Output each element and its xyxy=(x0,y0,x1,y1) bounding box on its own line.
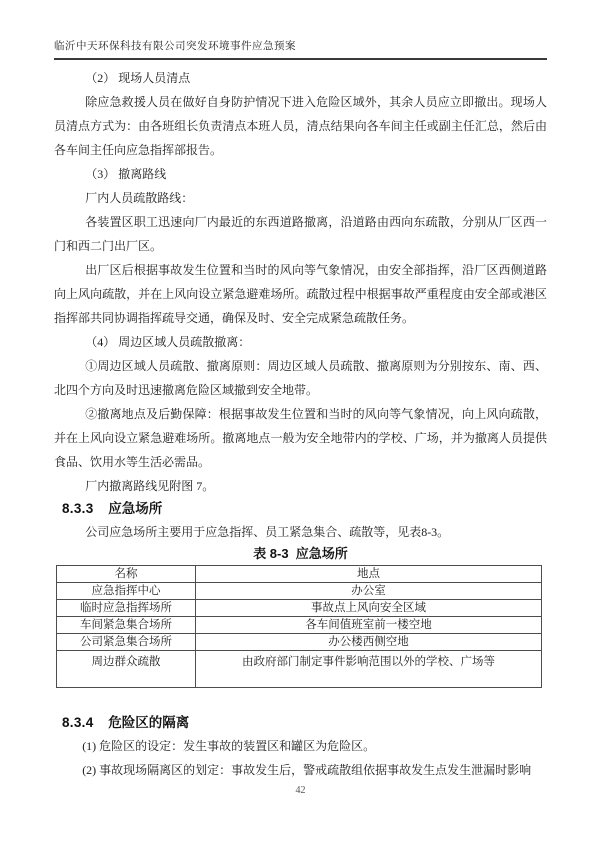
page-header: 临沂中天环保科技有限公司突发环境事件应急预案 xyxy=(54,40,547,60)
table-cell-name: 公司紧急集合场所 xyxy=(57,634,196,651)
table-row: 车间紧急集合场所 各车间值班室前一楼空地 xyxy=(57,617,542,634)
table-header-name: 名称 xyxy=(57,566,196,583)
section-number-834: 8.3.4 xyxy=(62,715,94,730)
para-evacuation-logistics: ②撤离地点及后勤保障：根据事故发生位置和当时的风向等气象情况，向上风向疏散，并在… xyxy=(54,402,547,474)
para-evacuation-route-heading: （3） 撤离路线 xyxy=(54,162,547,186)
para-emergency-sites-intro: 公司应急场所主要用于应急指挥、员工紧急集合、疏散等，见表8-3。 xyxy=(54,520,547,544)
page-number: 42 xyxy=(54,784,547,797)
document-page: 临沂中天环保科技有限公司突发环境事件应急预案 （2） 现场人员清点 除应急救援人… xyxy=(0,0,600,848)
table-row: 公司紧急集合场所 办公楼西侧空地 xyxy=(57,634,542,651)
table-cell-name: 临时应急指挥场所 xyxy=(57,600,196,617)
section-title-834: 危险区的隔离 xyxy=(108,715,189,730)
section-heading-834: 8.3.4 危险区的隔离 xyxy=(62,712,547,734)
table-header-location: 地点 xyxy=(196,566,542,583)
table-header-row: 名称 地点 xyxy=(57,566,542,583)
table-cell-name: 周边群众疏散 xyxy=(57,651,196,688)
para-surrounding-area-heading: （4） 周边区域人员疏散撤离： xyxy=(54,330,547,354)
table-row: 临时应急指挥场所 事故点上风向安全区域 xyxy=(57,600,542,617)
table-cell-location: 办公室 xyxy=(196,583,542,600)
para-site-personnel-count: 除应急救援人员在做好自身防护情况下进入危险区域外，其余人员应立即撤出。现场人员清… xyxy=(54,90,547,162)
section-heading-833: 8.3.3 应急场所 xyxy=(62,498,547,520)
para-evacuation-principle: ①周边区域人员疏散、撤离原则：周边区域人员疏散、撤离原则为分别按东、南、西、北四… xyxy=(54,354,547,402)
table-cell-location: 办公楼西侧空地 xyxy=(196,634,542,651)
para-danger-zone-definition: (1) 危险区的设定：发生事故的装置区和罐区为危险区。 xyxy=(54,734,547,758)
section-title-833: 应急场所 xyxy=(108,501,162,516)
para-plant-evacuation-route: 各装置区职工迅速向厂内最近的东西道路撤离，沿道路由西向东疏散，分别从厂区西一门和… xyxy=(54,210,547,258)
emergency-sites-table: 名称 地点 应急指挥中心 办公室 临时应急指挥场所 事故点上风向安全区域 车间紧… xyxy=(56,565,542,688)
table-cell-location: 各车间值班室前一楼空地 xyxy=(196,617,542,634)
table-cell-name: 车间紧急集合场所 xyxy=(57,617,196,634)
body-text: （2） 现场人员清点 除应急救援人员在做好自身防护情况下进入危险区域外，其余人员… xyxy=(54,66,547,498)
para-isolation-zone-delimitation: (2) 事故现场隔离区的划定：事故发生后，警戒疏散组依据事故发生点发生泄漏时影响 xyxy=(54,758,547,782)
table-cell-name: 应急指挥中心 xyxy=(57,583,196,600)
para-site-personnel-count-heading: （2） 现场人员清点 xyxy=(54,66,547,90)
table-row: 应急指挥中心 办公室 xyxy=(57,583,542,600)
para-evacuation-route-figure-ref: 厂内撤离路线见附图 7。 xyxy=(54,474,547,498)
table-row: 周边群众疏散 由政府部门制定事件影响范围以外的学校、广场等 xyxy=(57,651,542,688)
header-title: 临沂中天环保科技有限公司突发环境事件应急预案 xyxy=(54,41,296,52)
table-cell-location: 事故点上风向安全区域 xyxy=(196,600,542,617)
para-outside-plant-evacuation: 出厂区后根据事故发生位置和当时的风向等气象情况，由安全部指挥，沿厂区西侧道路向上… xyxy=(54,258,547,330)
para-plant-evacuation-route-label: 厂内人员疏散路线： xyxy=(54,186,547,210)
table-cell-location: 由政府部门制定事件影响范围以外的学校、广场等 xyxy=(196,651,542,688)
table-caption: 表 8-3 应急场所 xyxy=(54,546,547,562)
section-number-833: 8.3.3 xyxy=(62,501,94,516)
